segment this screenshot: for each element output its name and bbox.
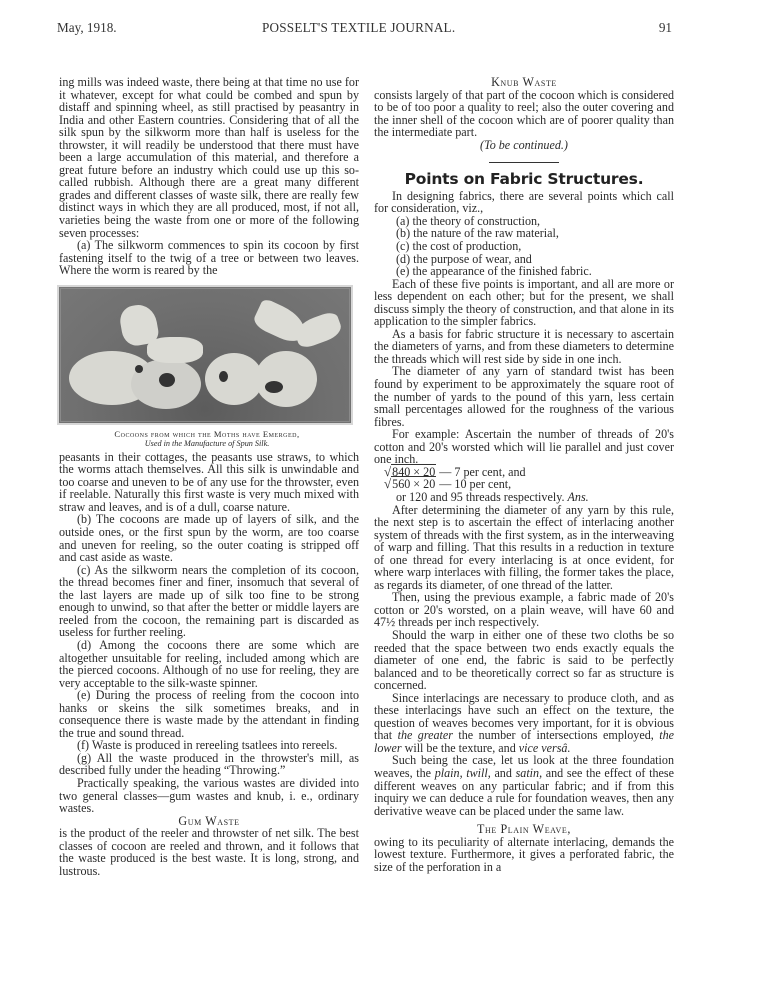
paragraph-knub-waste: consists largely of that part of the coc… (374, 89, 674, 139)
to-be-continued: (To be continued.) (374, 139, 674, 152)
paragraph-should: Should the warp in either one of these t… (374, 629, 674, 692)
page-number: 91 (659, 20, 672, 36)
left-column: ing mills was indeed waste, there being … (59, 76, 359, 877)
process-item-g: (g) All the waste produced in the throws… (59, 752, 359, 777)
paragraph-practically: Practically speaking, the various wastes… (59, 777, 359, 815)
paragraph-each-point: Each of these five points is important, … (374, 278, 674, 328)
formula-result: or 120 and 95 threads respectively. Ans. (374, 491, 674, 504)
heading-plain-weave: The Plain Weave, (374, 823, 674, 836)
caption-line-1: Cocoons from which the Moths have Emerge… (57, 429, 357, 439)
process-item-d: (d) Among the cocoons there are some whi… (59, 639, 359, 689)
paragraph-after: After determining the diameter of any ya… (374, 504, 674, 592)
process-item-c: (c) As the silkworm nears the completion… (59, 564, 359, 639)
heading-knub-waste: Knub Waste (374, 76, 674, 89)
process-item-a-continued: peasants in their cottages, the peasants… (59, 451, 359, 514)
process-item-e: (e) During the process of reeling from t… (59, 689, 359, 739)
point-e: (e) the appearance of the finished fabri… (374, 265, 674, 278)
process-item-b: (b) The cocoons are made up of layers of… (59, 513, 359, 563)
paragraph-then: Then, using the previous example, a fabr… (374, 591, 674, 629)
paragraph-such: Such being the case, let us look at the … (374, 754, 674, 817)
point-c: (c) the cost of production, (374, 240, 674, 253)
figure-caption: Cocoons from which the Moths have Emerge… (57, 429, 357, 449)
figure-cocoons: Cocoons from which the Moths have Emerge… (57, 285, 357, 449)
paragraph-plain-weave: owing to its peculiarity of alternate in… (374, 836, 674, 874)
paragraph-basis: As a basis for fabric structure it is ne… (374, 328, 674, 366)
issue-date: May, 1918. (57, 20, 117, 36)
article-title: Points on Fabric Structures. (374, 173, 674, 186)
paragraph-intro: In designing fabrics, there are several … (374, 190, 674, 215)
paragraph-gum-waste: is the product of the reeler and throwst… (59, 827, 359, 877)
section-divider (489, 162, 559, 163)
paragraph-diameter: The diameter of any yarn of standard twi… (374, 365, 674, 428)
paragraph-waste-intro: ing mills was indeed waste, there being … (59, 76, 359, 239)
journal-title: POSSELT'S TEXTILE JOURNAL. (262, 20, 455, 36)
process-item-a: (a) The silkworm commences to spin its c… (59, 239, 359, 277)
caption-line-2: Used in the Manufacture of Spun Silk. (57, 439, 357, 449)
process-item-f: (f) Waste is produced in rereeling tsatl… (59, 739, 359, 752)
page-header: May, 1918. POSSELT'S TEXTILE JOURNAL. 91 (57, 20, 700, 38)
right-column: Knub Waste consists largely of that part… (374, 76, 674, 873)
paragraph-since: Since interlacings are necessary to prod… (374, 692, 674, 755)
cocoons-photo (57, 285, 353, 425)
paragraph-example: For example: Ascertain the number of thr… (374, 428, 674, 466)
